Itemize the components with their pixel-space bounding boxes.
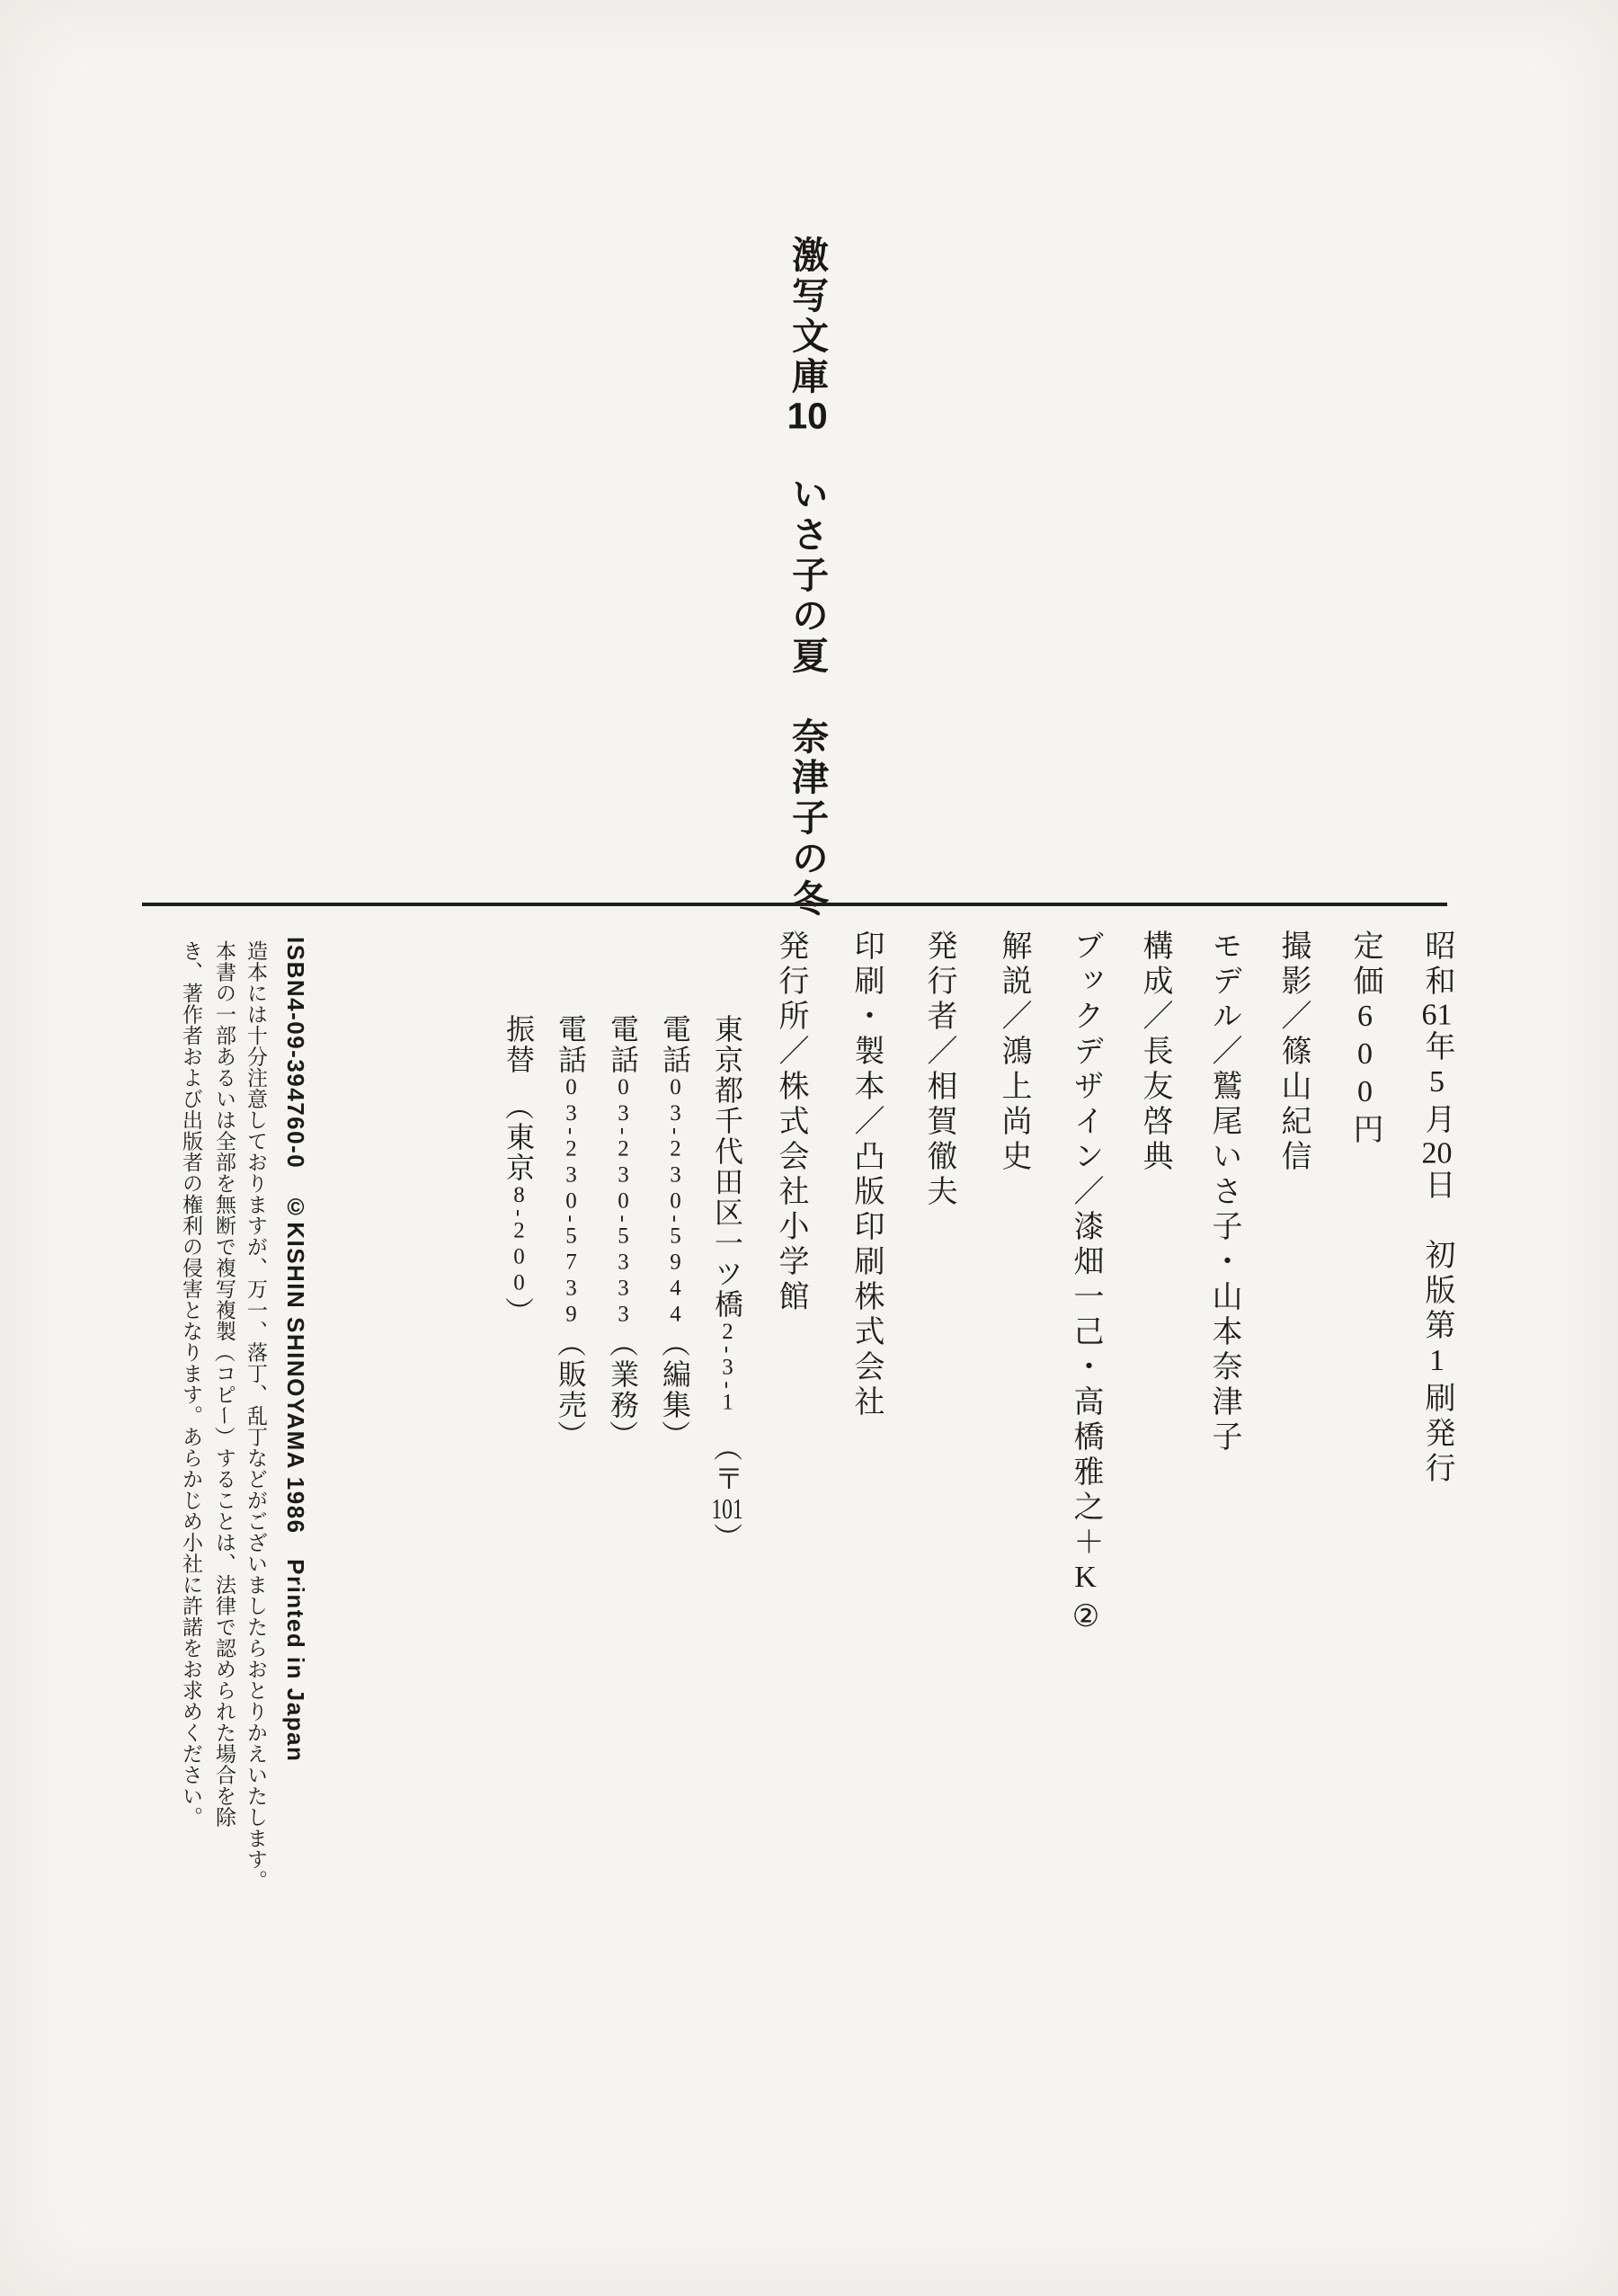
printer-credit: 印刷・製本／凸版印刷株式会社 [849,930,881,1420]
photographer-credit: 撮影／篠山紀信 [1276,930,1308,1175]
publisher-person-credit: 発行者／相賀徹夫 [921,930,954,1210]
composition-credit: 構成／長友啓典 [1137,930,1169,1175]
isbn-copyright-line: ISBN4-09-394760-0 ©KISHIN SHINOYAMA 1986… [280,937,307,1762]
commentary-credit: 解説／鴻上尚史 [996,930,1028,1175]
phone-business: 電話03-230-5333（業務） [607,1014,637,1451]
book-title-vertical: 激写文庫10 いさ子の夏 奈津子の冬 [784,236,825,920]
postal-transfer-line: 振替 （東京8-200） [502,1014,533,1327]
divider-rule [142,903,1447,906]
model-credit: モデル／鷲尾いさ子・山本奈津子 [1206,930,1239,1455]
price-line: 定価600円 [1347,930,1380,1148]
book-design-credit: ブックデザイン／漆畑一己・高橋雅之＋K② [1068,930,1100,1639]
phone-sales: 電話03-230-5739（販売） [555,1014,585,1451]
legal-note-copyright-1: 本書の一部あるいは全部を無断で複写複製（コピー）することは、法律で認められた場合… [211,940,235,1828]
legal-note-copyright-2: き、著作者および出版者の権利の侵害となります。あらかじめ小社に許諾をお求めくださ… [178,940,201,1828]
publication-date-line: 昭和61年5月20日 初版第1刷発行 [1419,930,1452,1487]
publisher-address: 東京都千代田区一ツ橋2-3-1 （〒101） [711,1014,742,1553]
publishing-house-credit: 発行所／株式会社小学館 [773,930,805,1315]
phone-editorial: 電話03-230-5944（編集） [659,1014,689,1451]
legal-note-binding: 造本には十分注意しておりますが、万一、落丁、乱丁などがございましたらおとりかえい… [243,940,266,1891]
colophon-page: 激写文庫10 いさ子の夏 奈津子の冬 昭和61年5月20日 初版第1刷発行 定価… [0,0,1618,2296]
